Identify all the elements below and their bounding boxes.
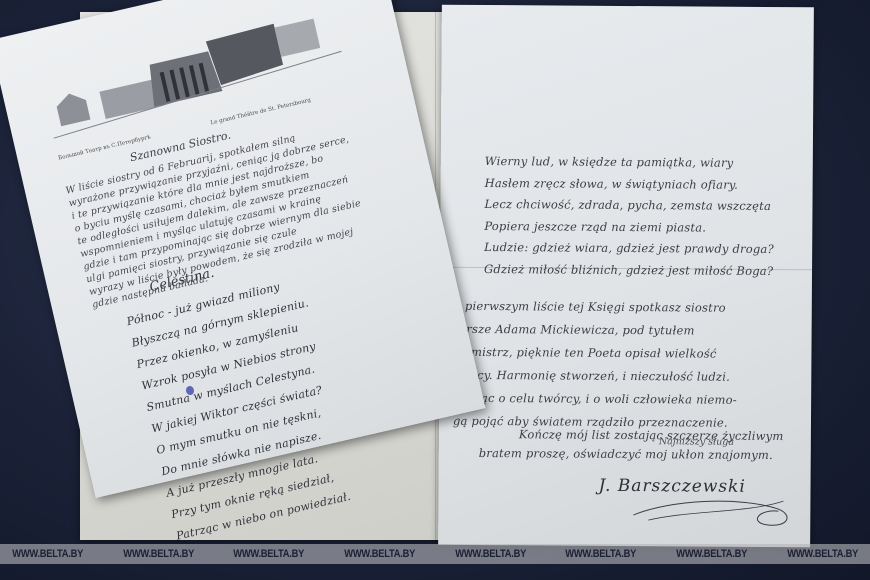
poem-line: Popiera jeszcze rząd na ziemi piasta. [484, 216, 794, 240]
watermark-text: WWW.BELTA.BY [12, 548, 83, 560]
poem-line: Lecz chciwość, zdrada, pycha, zemsta wsz… [484, 194, 794, 218]
watermark-strip: WWW.BELTA.BY WWW.BELTA.BY WWW.BELTA.BY W… [0, 544, 870, 564]
prose-line: myśląc o celu twórcy, i o woli człowieka… [443, 387, 763, 412]
watermark-text: WWW.BELTA.BY [344, 548, 415, 560]
right-poem-block: Wierny lud, w księdze ta pamiątka, wiary… [484, 151, 795, 282]
right-letter-sheet: Wierny lud, w księdze ta pamiątka, wiary… [438, 5, 814, 548]
closing-block: Kończę mój list zostając szczerze życzli… [499, 425, 799, 465]
watermark-text: WWW.BELTA.BY [123, 548, 194, 560]
prose-line: Na pierwszym liście tej Księgi spotkasz … [444, 295, 764, 320]
watermark-text: WWW.BELTA.BY [234, 548, 305, 560]
prose-line: stwórcy. Harmonię stworzeń, i nieczułość… [443, 364, 763, 389]
watermark-text: WWW.BELTA.BY [787, 548, 858, 560]
watermark-text: WWW.BELTA.BY [676, 548, 747, 560]
closing-line: bratem proszę, oświadczyć moj ukłon znaj… [479, 444, 799, 465]
poem-line: Gdzież miłość bliźnich, gdzież jest miło… [484, 259, 794, 283]
right-prose-block: Na pierwszym liście tej Księgi spotkasz … [443, 295, 764, 435]
signature-flourish-icon [628, 490, 798, 531]
photo-scene: ...wszach ...konia Wierny lud, w księdze… [0, 0, 870, 580]
poem-line: Wierny lud, w księdze ta pamiątka, wiary [485, 151, 795, 175]
signature-area: J. Barszczewski [598, 476, 745, 497]
prose-line: Wiersze Adama Mickiewicza, pod tytułem [444, 318, 764, 343]
watermark-text: WWW.BELTA.BY [455, 548, 526, 560]
valediction: Najniższy sługa [659, 436, 734, 448]
poem-line: Ludzie: gdzież wiara, gdzież jest prawdy… [484, 237, 794, 261]
prose-line: Arcymistrz, pięknie ten Poeta opisał wie… [443, 341, 763, 366]
closing-line: Kończę mój list zostając szczerze życzli… [499, 425, 799, 446]
watermark-text: WWW.BELTA.BY [566, 548, 637, 560]
poem-line: Hasłem zręcz słowa, w świątyniach ofiary… [485, 173, 795, 197]
